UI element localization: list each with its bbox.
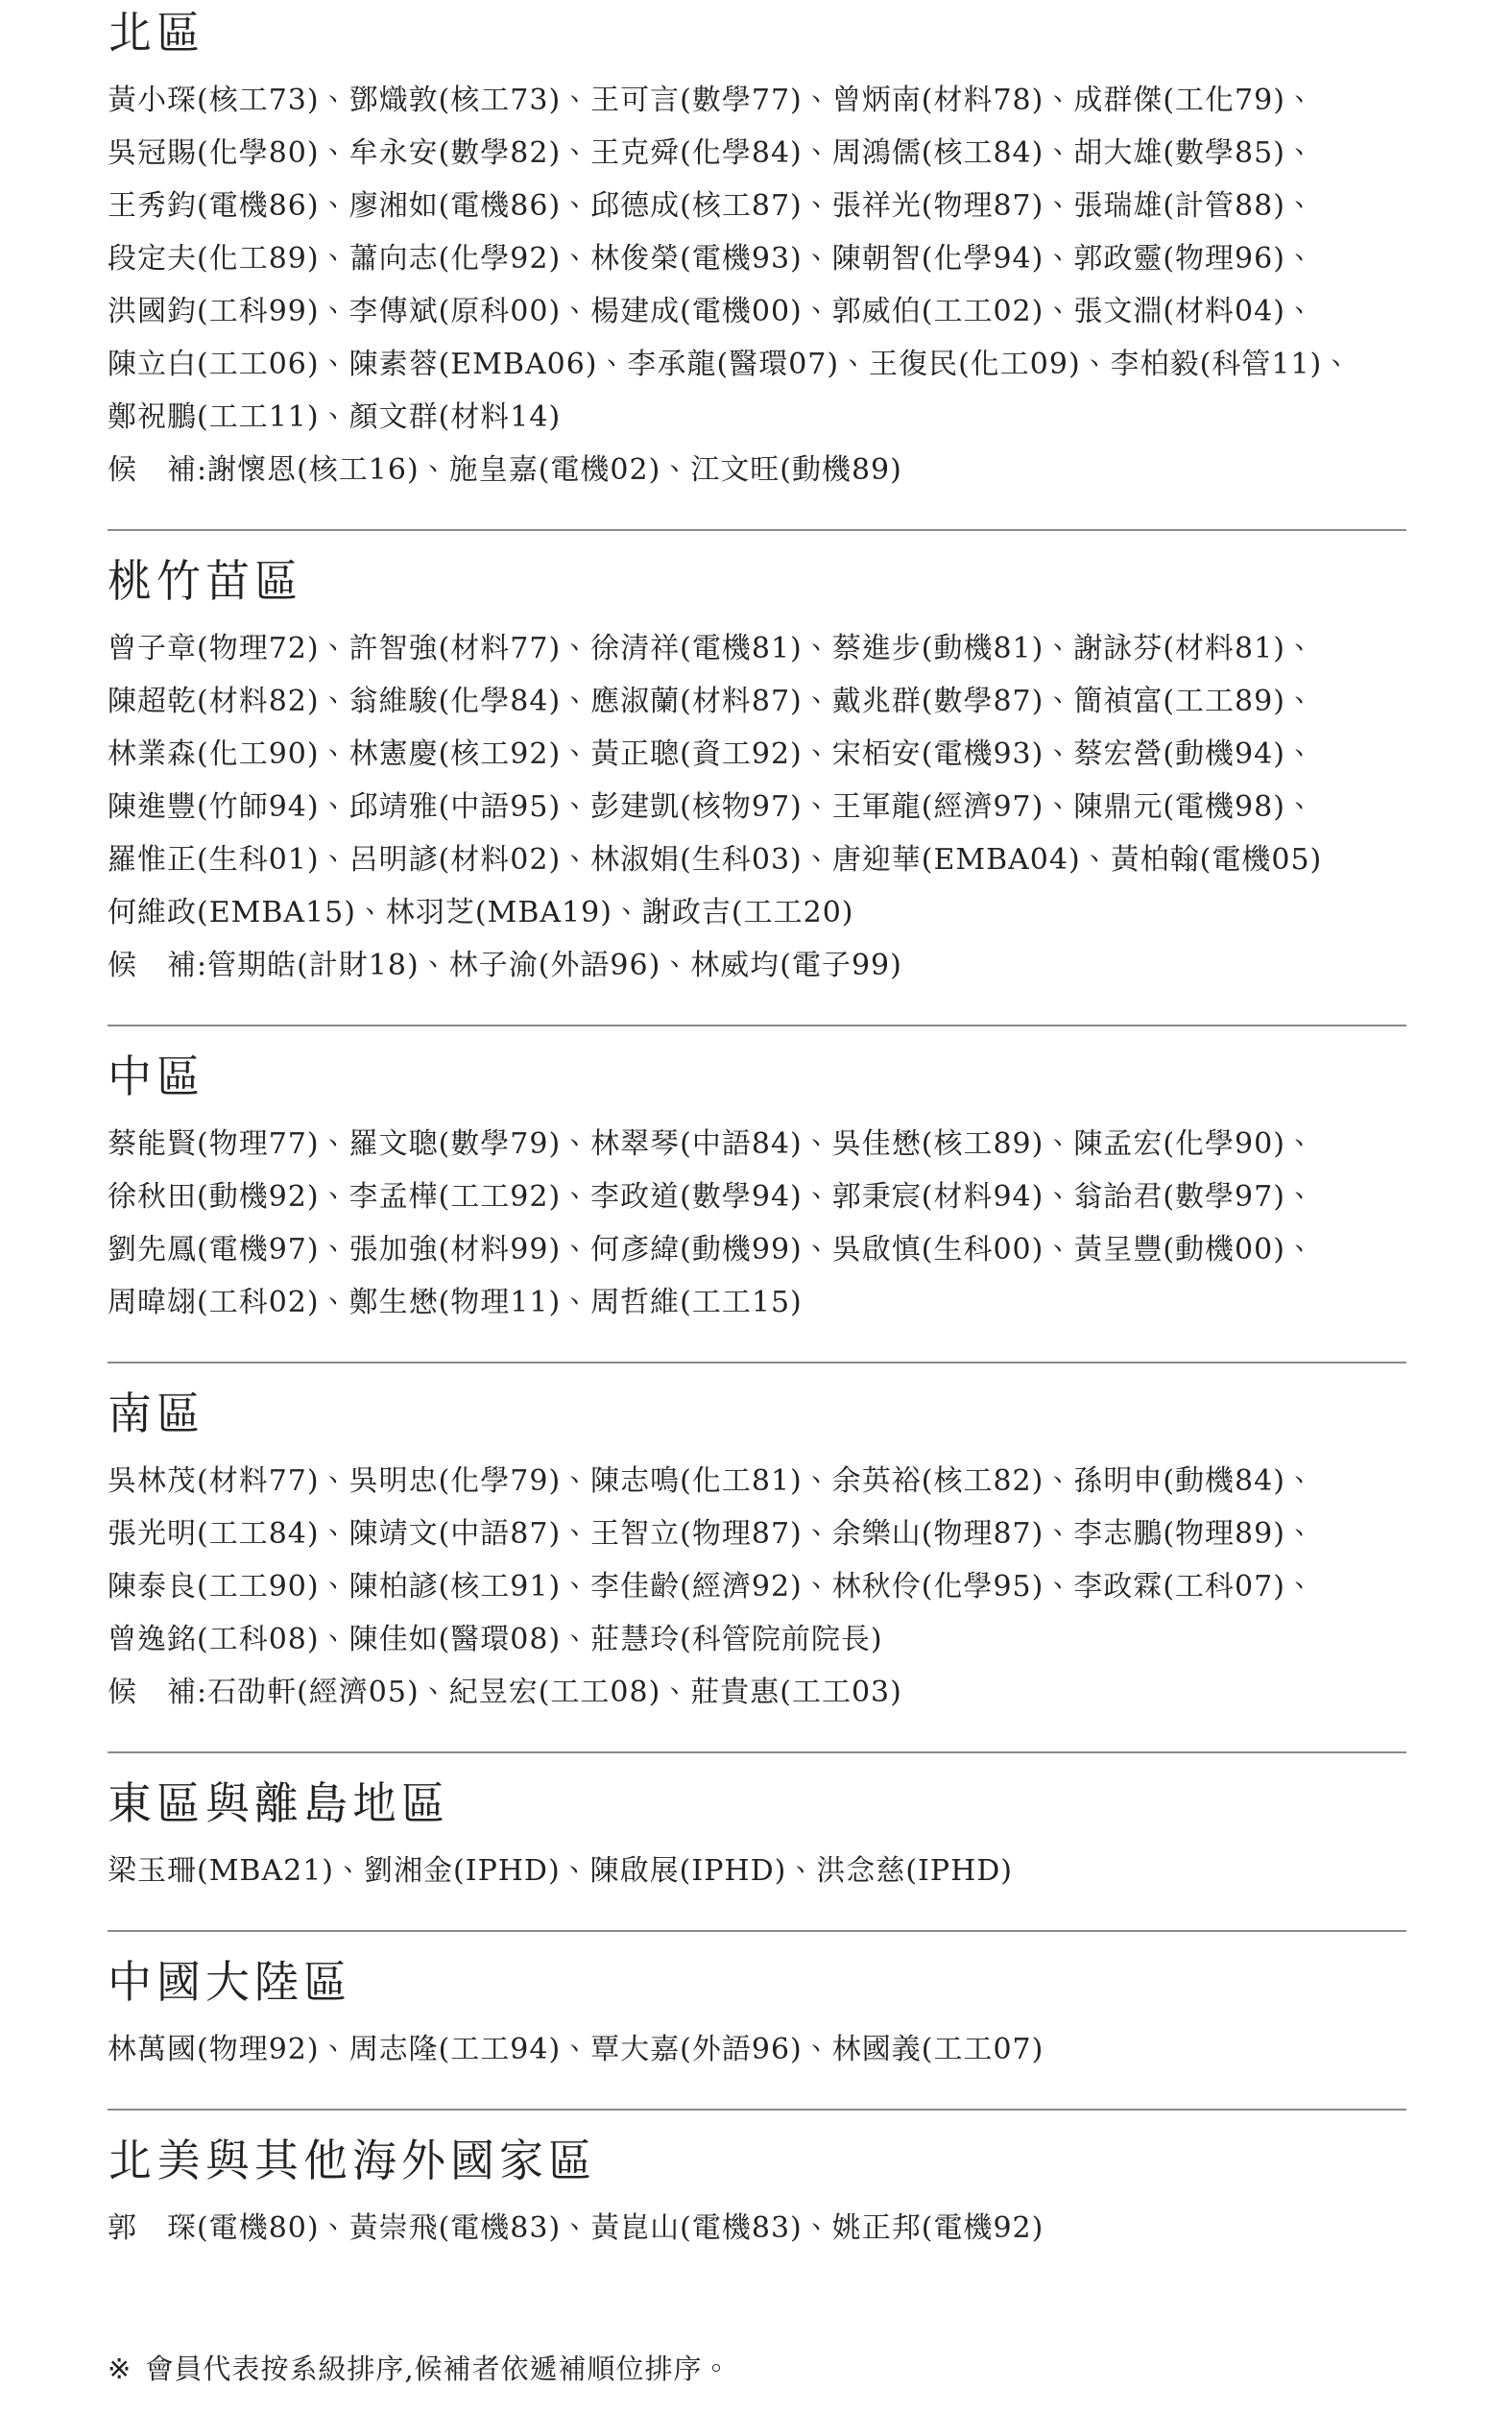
member-line: 張光明(工工84)、陳靖文(中語87)、王智立(物理87)、余樂山(物理87)、… [108,1508,1406,1560]
member-line: 蔡能賢(物理77)、羅文聰(數學79)、林翠琴(中語84)、吳佳懋(核工89)、… [108,1118,1406,1170]
footnote: ※會員代表按系級排序,候補者依遞補順位排序。 [108,2346,1406,2392]
candidates-line: 候 補:管期皓(計財18)、林子渝(外語96)、林威均(電子99) [108,939,1406,992]
member-line: 鄭祝鵬(工工11)、顏文群(材料14) [108,391,1406,444]
region-section: 中區蔡能賢(物理77)、羅文聰(數學79)、林翠琴(中語84)、吳佳懋(核工89… [108,1051,1406,1363]
section-divider [108,2109,1406,2111]
section-divider [108,1930,1406,1932]
member-line: 梁玉珊(MBA21)、劉湘金(IPHD)、陳啟展(IPHD)、洪念慈(IPHD) [108,1845,1406,1897]
document-body: 北區黃小琛(核工73)、鄧熾敦(核工73)、王可言(數學77)、曾炳南(材料78… [0,0,1512,2392]
region-title: 東區與離島地區 [108,1778,1406,1829]
region-section: 中國大陸區林萬國(物理92)、周志隆(工工94)、覃大嘉(外語96)、林國義(工… [108,1957,1406,2111]
region-section: 北美與其他海外國家區郭 琛(電機80)、黃崇飛(電機83)、黃崑山(電機83)、… [108,2136,1406,2255]
region-title: 中國大陸區 [108,1957,1406,2008]
member-line: 王秀鈞(電機86)、廖湘如(電機86)、邱德成(核工87)、張祥光(物理87)、… [108,180,1406,232]
member-line: 羅惟正(生科01)、呂明諺(材料02)、林淑娟(生科03)、唐迎華(EMBA04… [108,833,1406,886]
member-line: 徐秋田(動機92)、李孟樺(工工92)、李政道(數學94)、郭秉宸(材料94)、… [108,1170,1406,1223]
member-line: 陳立白(工工06)、陳素蓉(EMBA06)、李承龍(醫環07)、王復民(化工09… [108,338,1406,391]
member-line: 吳林茂(材料77)、吳明忠(化學79)、陳志鳴(化工81)、余英裕(核工82)、… [108,1455,1406,1508]
region-section: 桃竹苗區曾子章(物理72)、許智強(材料77)、徐清祥(電機81)、蔡進步(動機… [108,556,1406,1026]
member-line: 黃小琛(核工73)、鄧熾敦(核工73)、王可言(數學77)、曾炳南(材料78)、… [108,74,1406,127]
section-divider [108,1751,1406,1753]
region-section: 南區吳林茂(材料77)、吳明忠(化學79)、陳志鳴(化工81)、余英裕(核工82… [108,1388,1406,1753]
member-line: 段定夫(化工89)、蕭向志(化學92)、林俊榮(電機93)、陳朝智(化學94)、… [108,232,1406,285]
region-title: 北區 [108,8,1406,59]
member-line: 郭 琛(電機80)、黃崇飛(電機83)、黃崑山(電機83)、姚正邦(電機92) [108,2202,1406,2255]
region-sections-container: 北區黃小琛(核工73)、鄧熾敦(核工73)、王可言(數學77)、曾炳南(材料78… [108,8,1406,2255]
member-line: 林業森(化工90)、林憲慶(核工92)、黃正聰(資工92)、宋栢安(電機93)、… [108,728,1406,781]
member-line: 曾逸銘(工科08)、陳佳如(醫環08)、莊慧玲(科管院前院長) [108,1613,1406,1666]
member-line: 陳泰良(工工90)、陳柏諺(核工91)、李佳齡(經濟92)、林秋伶(化學95)、… [108,1560,1406,1613]
section-divider [108,529,1406,531]
member-line: 陳進豐(竹師94)、邱靖雅(中語95)、彭建凱(核物97)、王軍龍(經濟97)、… [108,781,1406,833]
member-line: 吳冠賜(化學80)、牟永安(數學82)、王克舜(化學84)、周鴻儒(核工84)、… [108,127,1406,180]
region-section: 東區與離島地區梁玉珊(MBA21)、劉湘金(IPHD)、陳啟展(IPHD)、洪念… [108,1778,1406,1932]
candidates-line: 候 補:謝懷恩(核工16)、施皇嘉(電機02)、江文旺(動機89) [108,444,1406,496]
member-line: 陳超乾(材料82)、翁維駿(化學84)、應淑蘭(材料87)、戴兆群(數學87)、… [108,675,1406,728]
region-title: 北美與其他海外國家區 [108,2136,1406,2186]
region-title: 南區 [108,1388,1406,1439]
section-divider [108,1025,1406,1026]
member-line: 林萬國(物理92)、周志隆(工工94)、覃大嘉(外語96)、林國義(工工07) [108,2023,1406,2076]
member-line: 周暐翃(工科02)、鄭生懋(物理11)、周哲維(工工15) [108,1276,1406,1329]
region-title: 中區 [108,1051,1406,1102]
footnote-marker: ※ [108,2353,132,2385]
candidates-line: 候 補:石劭軒(經濟05)、紀昱宏(工工08)、莊貴惠(工工03) [108,1666,1406,1719]
section-divider [108,1362,1406,1363]
member-line: 曾子章(物理72)、許智強(材料77)、徐清祥(電機81)、蔡進步(動機81)、… [108,622,1406,675]
member-line: 何維政(EMBA15)、林羽芝(MBA19)、謝政吉(工工20) [108,886,1406,939]
region-section: 北區黃小琛(核工73)、鄧熾敦(核工73)、王可言(數學77)、曾炳南(材料78… [108,8,1406,531]
member-line: 劉先鳳(電機97)、張加強(材料99)、何彥緯(動機99)、吳啟慎(生科00)、… [108,1223,1406,1276]
footnote-text: 會員代表按系級排序,候補者依遞補順位排序。 [145,2353,731,2385]
member-line: 洪國鈞(工科99)、李傳斌(原科00)、楊建成(電機00)、郭威伯(工工02)、… [108,285,1406,338]
region-title: 桃竹苗區 [108,556,1406,607]
